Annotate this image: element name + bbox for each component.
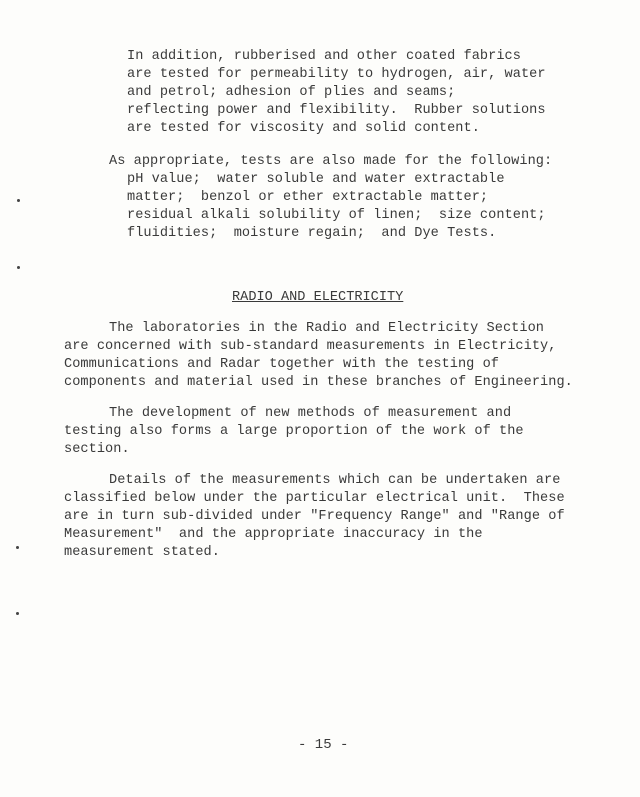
scan-mark — [16, 612, 19, 615]
text-line: Measurement" and the appropriate inaccur… — [64, 528, 483, 542]
text-line: reflecting power and flexibility. Rubber… — [127, 104, 546, 118]
text-line: pH value; water soluble and water extrac… — [127, 173, 505, 187]
text-line: Details of the measurements which can be… — [109, 474, 560, 488]
text-line: The development of new methods of measur… — [109, 407, 511, 421]
scan-mark — [17, 266, 20, 269]
text-line: are tested for permeability to hydrogen,… — [127, 68, 546, 82]
text-line: classified below under the particular el… — [64, 492, 565, 506]
text-line: components and material used in these br… — [64, 376, 573, 390]
text-line: section. — [64, 443, 130, 457]
text-line: matter; benzol or ether extractable matt… — [127, 191, 488, 205]
text-line: and petrol; adhesion of plies and seams; — [127, 86, 455, 100]
text-line: residual alkali solubility of linen; siz… — [127, 209, 546, 223]
text-line: Communications and Radar together with t… — [64, 358, 499, 372]
text-line: are concerned with sub-standard measurem… — [64, 340, 556, 354]
scan-mark — [16, 546, 19, 549]
text-line: The laboratories in the Radio and Electr… — [109, 322, 544, 336]
text-line: are tested for viscosity and solid conte… — [127, 122, 480, 136]
section-heading: RADIO AND ELECTRICITY — [232, 290, 403, 305]
text-line: measurement stated. — [64, 546, 220, 560]
text-line: In addition, rubberised and other coated… — [127, 50, 521, 64]
page-number: - 15 - — [298, 737, 348, 753]
text-line: are in turn sub-divided under "Frequency… — [64, 510, 565, 524]
scan-mark — [17, 199, 20, 202]
text-line: testing also forms a large proportion of… — [64, 425, 524, 439]
text-line: As appropriate, tests are also made for … — [109, 155, 552, 169]
text-line: fluidities; moisture regain; and Dye Tes… — [127, 227, 496, 241]
